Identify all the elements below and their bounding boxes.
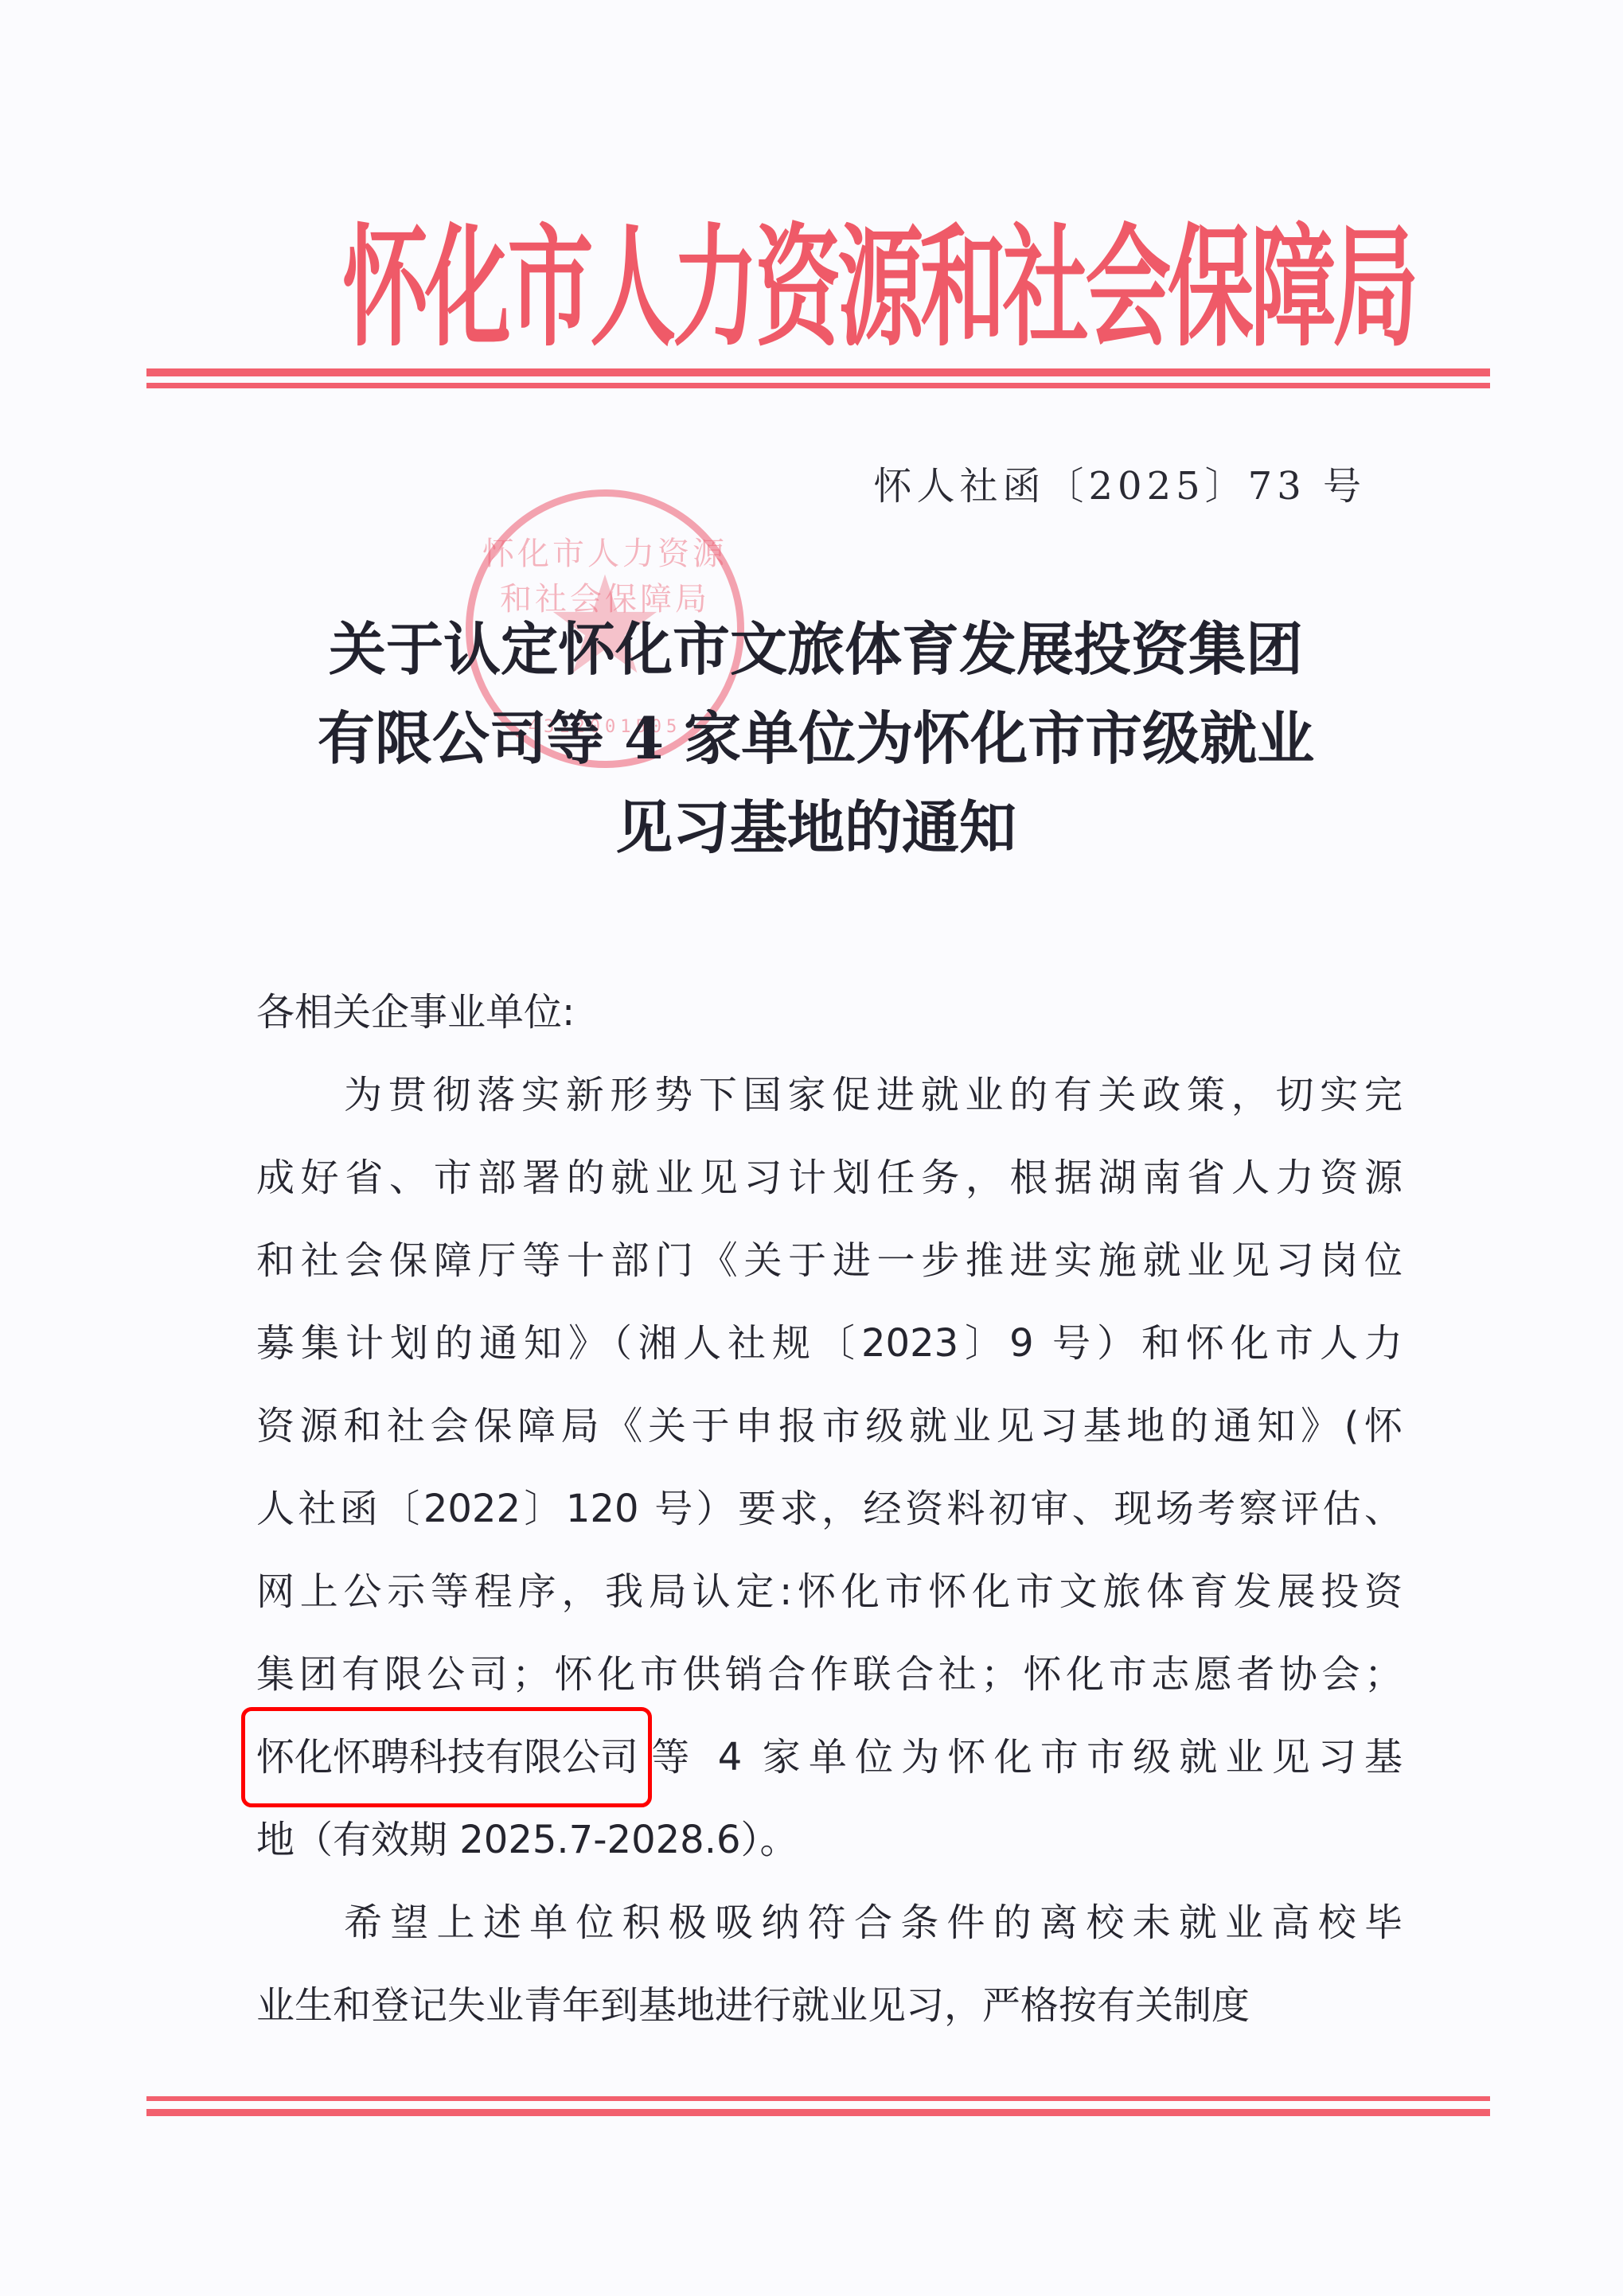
paragraph-line: 地（有效期 2025.7-2028.6）。 — [256, 1799, 1403, 1881]
footer-rule-thick — [146, 2109, 1490, 2116]
paragraph-line: 和社会保障厅等十部门《关于进一步推进实施就业见习岗位 — [256, 1219, 1403, 1302]
title-line: 有限公司等 4 家单位为怀化市市级就业 — [159, 694, 1473, 783]
header-rule-thin — [146, 383, 1490, 388]
paragraph-line: 网上公示等程序，我局认定:怀化市怀化市文旅体育发展投资 — [256, 1550, 1403, 1633]
paragraph-line: 成好省、市部署的就业见习计划任务，根据湖南省人力资源 — [256, 1136, 1403, 1219]
salutation: 各相关企事业单位: — [256, 971, 1403, 1054]
issuer-masthead: 怀化市人力资源和社会保障局 — [342, 213, 1305, 362]
document-title: 关于认定怀化市文旅体育发展投资集团 有限公司等 4 家单位为怀化市市级就业 见习… — [159, 605, 1473, 872]
title-line: 关于认定怀化市文旅体育发展投资集团 — [159, 605, 1473, 694]
paragraph-line: 资源和社会保障局《关于申报市级就业见习基地的通知》(怀 — [256, 1385, 1403, 1468]
paragraph-line: 希望上述单位积极吸纳符合条件的离校未就业高校毕 — [256, 1881, 1403, 1964]
paragraph-text: 等 4 家单位为怀化市市级就业见习基 — [643, 1735, 1403, 1779]
paragraph-line: 业生和登记失业青年到基地进行就业见习，严格按有关制度 — [256, 1964, 1403, 2047]
paragraph-line: 募集计划的通知》（湘人社规〔2023〕9 号）和怀化市人力 — [256, 1302, 1403, 1385]
footer-rule-thin — [146, 2096, 1490, 2101]
paragraph-line-with-highlight: 怀化怀聘科技有限公司等 4 家单位为怀化市市级就业见习基 — [256, 1716, 1403, 1799]
header-rule-thick — [146, 368, 1490, 376]
paragraph-line: 集团有限公司；怀化市供销合作联合社；怀化市志愿者协会； — [256, 1633, 1403, 1716]
title-line: 见习基地的通知 — [159, 783, 1473, 872]
paragraph-line: 为贯彻落实新形势下国家促进就业的有关政策，切实完 — [256, 1054, 1403, 1136]
document-body: 各相关企事业单位: 为贯彻落实新形势下国家促进就业的有关政策，切实完 成好省、市… — [256, 971, 1403, 2047]
document-page: 怀化市人力资源和社会保障局 怀人社函〔2025〕73 号 怀化市人力资源和社会保… — [0, 0, 1623, 2296]
document-number: 怀人社函〔2025〕73 号 — [874, 455, 1367, 510]
paragraph-line: 人社函〔2022〕120 号）要求，经资料初审、现场考察评估、 — [256, 1468, 1403, 1550]
highlighted-company-name: 怀化怀聘科技有限公司 — [250, 1716, 643, 1799]
